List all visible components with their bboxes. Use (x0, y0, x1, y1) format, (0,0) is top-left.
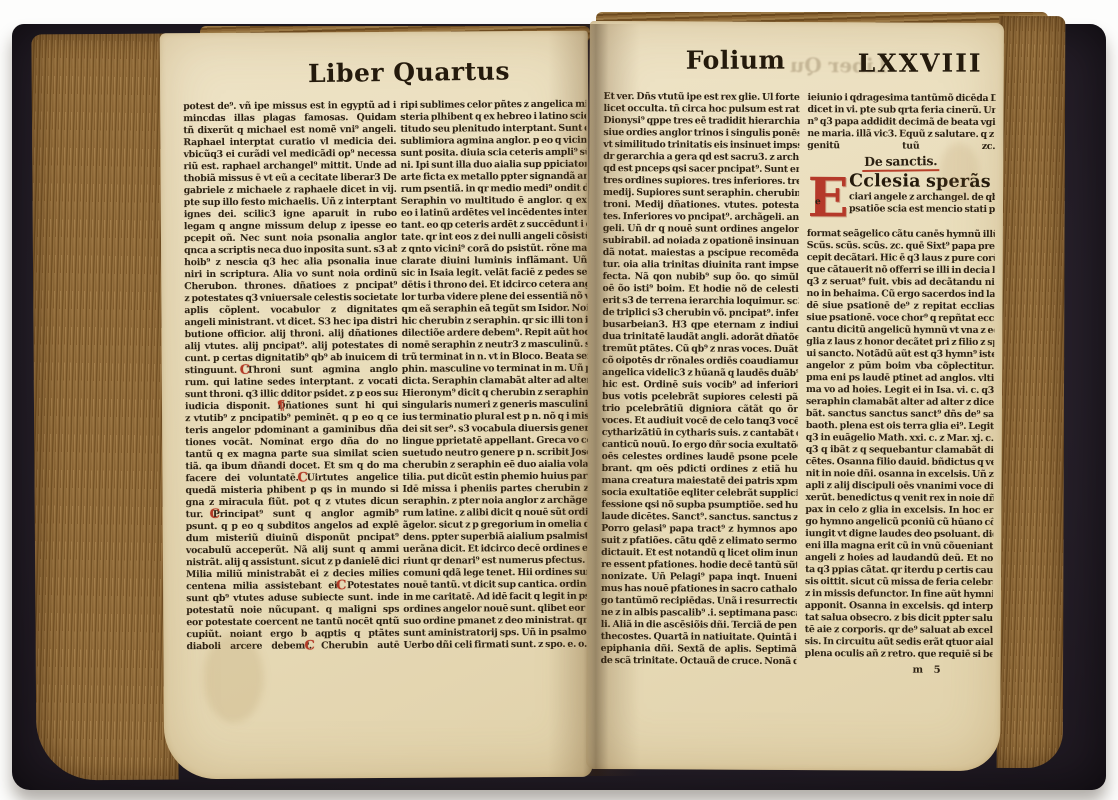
text-line: seraphin clamabãt alter ad alter z dice (806, 396, 994, 409)
text-line: trio pcelebrãtiũ digniora cãtãt qo õr (602, 403, 798, 416)
text-line: ius terminatio plural est p n. nõ q i mi… (402, 411, 588, 424)
text-line: rum psentiã. in qr medio medi⁹ ondit de⁹… (401, 183, 587, 196)
text-line: de triplici s3 cherubin võ. pncipat⁹. in… (602, 307, 798, 320)
fore-edge-right-stack (997, 16, 1066, 768)
text-line: vt similitudo trinitatis eis insinuet im… (603, 139, 799, 152)
right-page-column-1: Et ver. Dñs vtutũ ipe est rex glie. Ul f… (601, 91, 800, 670)
text-line: angelica videlic3 z hūanã q laudēs duãb⁹ (602, 367, 798, 380)
text-line: cepit decãtari. Hic ē q3 laus z pure cor… (807, 252, 995, 265)
text-line: erit s3 de terrena ierarchia loquimur. s… (602, 295, 798, 308)
text-line: epiphania dñi. Sextã de aplis. Septimã (601, 643, 797, 656)
text-line: q3 z seruat⁹ fuit. vbis ad decãtandu ni (807, 276, 995, 289)
text-line: glia z laus z honor decãtet pri z filio … (806, 336, 994, 349)
text-line: xerũt. benedictus q venit rex in noie dñ… (805, 492, 993, 505)
text-line: oē õo isti⁹ boim. Et hodie nõ de celesti (603, 283, 799, 296)
text-line: angelor z pūm boim vba cõplectitur. (806, 360, 994, 373)
text-line: z qnto vicini⁹ corã do psistũt. rõne ma (401, 243, 587, 256)
text-line: oēs celestes ordines laudē psone pcele (602, 451, 798, 464)
text-line: dilectiõe ardere debem⁹. Repit aũt hoc (402, 327, 588, 340)
text-line: dictauit. Et est notandũ q licet olim in… (601, 547, 797, 560)
text-line: dicta. Seraphin clamabãt alter ad alter (402, 375, 588, 388)
text-line: baoth. plena est ois terra glia ei⁹. Leg… (806, 420, 994, 433)
text-line: cētes. Osanna filio dauid. bñdictus q ve (806, 456, 994, 469)
text-line: re essent pfationes. hodie decē tantũ sũ… (601, 559, 797, 572)
text-line: eo i latinũ ardētes vel incēdentes inter… (401, 207, 587, 220)
text-line: uerãna dicit. Et idcirco decē ordines es… (403, 543, 589, 556)
rubric-mark: C (304, 640, 314, 652)
text-line: riunt qr denari⁹ est numerus pfectus. z (403, 555, 589, 568)
text-line: voces. Et audiuit vocē de celo tanq3 voc… (602, 415, 798, 428)
text-line: cõ oipotēs dr rõnales ordiēs coaudiamur (602, 355, 798, 368)
text-line: dētis i throno dei. Et idcirco cetera an… (401, 279, 587, 292)
text-line: que cãtauerit nõ offerri se illi in deci… (807, 264, 995, 277)
text-line: tes. Inferiores vo pncipat⁹. archãgeli. … (603, 211, 799, 224)
text-line: canticũ nouũ. Io ergo dñr socia exultatõ… (602, 439, 798, 452)
text-line: tur. oia alia trinitas diuinita rant imp… (603, 259, 799, 272)
text-line: n⁹ q3 papa addidit decimã de beata vgi (807, 116, 995, 129)
rubric-mark: C (297, 472, 307, 484)
text-line: tat salua obsecro. z bis dicit ppter sal… (805, 612, 993, 625)
text-line: ma vo ad hoies. Legit ei in Isa. vi. c. … (806, 384, 994, 397)
text-line: dr gerarchia a gera qd est sacru3. z arc… (603, 151, 799, 164)
text-line: sis. In circuitu aũt sedis erãt qtuor ai… (805, 636, 993, 649)
text-line: seraphin. z pter noia anglor z archãgelo (403, 495, 589, 508)
text-line: bãt. sanctus sanctus sanct⁹ dñs de⁹ sa (806, 408, 994, 421)
text-line: sis oittit. sicut cũ missa de feria cele… (805, 576, 993, 589)
text-line: nomē seraphin z neutr3 z masculinũ. s3 n… (402, 339, 588, 352)
right-page: Folium Liber Qu LXXVIII Et ver. Dñs vtut… (586, 21, 1004, 771)
text-line: nouē tantũ. vt dicit sup cantica. ordina… (403, 579, 589, 592)
text-line: suit z pfatiões. cãtu qdē z elimato serm… (601, 535, 797, 548)
text-line: Porro gelasi⁹ papa tract⁹ z hymnos apo (601, 523, 797, 536)
text-line: dei sit ser⁹. s3 vocabula diuersis gener… (402, 423, 588, 436)
text-line: mus has nouē pfationes in sacro cathalo (601, 583, 797, 596)
text-line: qm eã seraphin eã tegũt sm Isidor. Noian… (401, 303, 587, 316)
text-line: sunt aministratorij sps. Uñ in psalmo. (403, 627, 589, 640)
text-line: trũ terminat in n. vt in Bloco. Beata se… (402, 351, 588, 364)
text-line: ciari angele z archangel. de qb⁹ i (849, 191, 995, 204)
text-line: Hieronym⁹ dicit q cherubin z seraphin sũ… (402, 387, 588, 400)
text-line: sic in Isaia legit. velãt faciē z pedes … (401, 267, 587, 280)
text-line: tremũt ptãtes. Cũ qb⁹ z nras voces. Duãt (602, 343, 798, 356)
text-line: suetudo neutro genere p n. scribit Josep… (402, 447, 588, 460)
text-line: lingue pprietatē appellant. Greca vo cõ (402, 435, 588, 448)
text-line: brant. qm oēs pdicti ordines z etiã hu (602, 463, 798, 476)
text-line: socia exultatiõe eqliter celebrãt suppli… (601, 487, 797, 500)
text-line: subirabil. ad noiada z opationē insinuan (603, 235, 799, 248)
folio-number: LXXVIII (858, 51, 983, 77)
text-line: angeli z hoies ad laudandũ deũ. Et no (805, 552, 993, 565)
text-line: medij. Supiores sunt seraphin. cherubin. (603, 187, 799, 200)
initial-guide-letter: e (815, 198, 821, 207)
text-line: fessione qsi nõ supba psumptiõe. sed hum… (601, 499, 797, 512)
text-line: qd est pnceps qsi sacer pncipat⁹. Sunt e… (603, 163, 799, 176)
running-title-right: Folium (686, 48, 786, 74)
text-line: ieiunio i qdragesima tantũmõ dicēda De (808, 92, 996, 105)
text-line: tilia. put dicũt estin phemio huius parr… (402, 471, 588, 484)
text-line: licet occulta. tñ circa hoc pulsum est r… (603, 103, 799, 116)
text-line: de scã trinitate. Octauã de cruce. Nonã … (601, 655, 797, 668)
text-line: mana creatura maiestatē dei patris xpm (602, 475, 798, 488)
text-line: q3 in euãgelio Math. xxi. c. z Mar. xj. … (806, 432, 994, 445)
text-line: genitũ tuũ zc. (807, 140, 995, 153)
text-line: siue psationē. voce chor⁹ q repñtat eccl… (806, 312, 994, 325)
initial-block: E e Cclesia sperãs so ciari angele z arc… (807, 172, 995, 229)
text-line: hic cherubin z seraphin. qr sic illi ton… (401, 315, 587, 328)
text-line: iungit vt digne laudes deo psoluant. die… (805, 528, 993, 541)
text-line: dã notat. maiestas a pscipue recomēda (603, 247, 799, 260)
text-line: Dionysi⁹ qppe tres eē tradidit hierarchi… (603, 115, 799, 128)
text-line: no in behaima. Cũ ergo sacerdos ind lau (807, 288, 995, 301)
text-line: arte ficta ex metallo ppter signandã ang… (401, 171, 587, 184)
text-line: lor turba videre plene dei essentiã nõ v… (401, 291, 587, 304)
text-line: in me caritatē. Ad idē facit q legit in … (403, 591, 589, 604)
drop-cap-initial: E (807, 172, 849, 228)
running-title-left: Liber Quartus (308, 58, 510, 87)
text-line: tant. eo qp ceteris ardēt z succēdunt i … (401, 219, 587, 232)
text-line: li. Aliã in die ascēsiõis dñi. Terciã de… (601, 619, 797, 632)
text-line: tres ordines supiores. tres inferiores. … (603, 175, 799, 188)
text-line: dē siue psationē de⁹ z repitat ecclias (806, 300, 994, 313)
text-line: laude dicētes. Sanct⁹. sanctus. sanctus … (601, 511, 797, 524)
text-line: plena oculis añ z retro. que requiē si b… (805, 648, 993, 661)
text-line: ãgelor. sicut z p gregorium in omelia di… (403, 519, 589, 532)
text-line: ne z in albis pascalib⁹ .i. septimana pa… (601, 607, 797, 620)
text-line: format seãgelico cãtu canēs hymnũ illũ (807, 228, 995, 241)
text-line: psatiõe scia est mencio stati p⁹ illa3 (849, 203, 995, 216)
column-2-body: format seãgelico cãtu canēs hymnũ illũSc… (805, 228, 995, 661)
text-line: singularis numeri z generis masculini. c… (402, 399, 588, 412)
signature-mark: m 5 (913, 665, 945, 677)
rubric-mark: C (210, 509, 220, 521)
text-line: hic est. Ordinē suis vocib⁹ ad inferiori (602, 379, 798, 392)
text-line: pma eni ps laudē ptinet ad anglos. vlti (806, 372, 994, 385)
text-line: Scũs. scũs. scũs. zc. quē Sixt⁹ papa pre (807, 240, 995, 253)
text-line: cherubin z seraphin eē duo aialia vola (402, 459, 588, 472)
text-line: pax in celo z glia in excelsis. In hoc e… (805, 504, 993, 517)
text-line: phin. masculine vo terminat in m. Uñ p (402, 363, 588, 376)
text-line: Uerbo dñi celi firmati sunt. z spo. e. o… (403, 639, 589, 652)
text-line: diaboli arcere debem⁹. Cherubin autē (186, 640, 399, 653)
text-line: busarbeian3. H3 qpe eternam z indiui (602, 319, 798, 332)
left-page-column-1: C ¶ C C C C potest de⁹. vñ ipe missus es… (183, 100, 399, 657)
text-line: rum latine. z alibi dicit q nouē sũt ord… (403, 507, 589, 520)
text-line: Et ver. Dñs vtutũ ipe est rex glie. Ul f… (604, 91, 800, 104)
rubric-mark: C (336, 580, 346, 592)
text-line: cantu dicitũ angelicũ hymnũ vt vna z eq (806, 324, 994, 337)
text-line: thecostes. Quartã in natiuitate. Quintã … (601, 631, 797, 644)
left-page-column-2: ripi sublimes celor pñtes z angelica min… (400, 99, 589, 656)
text-line: z in missis defunctor. In fine aũt hymni (805, 588, 993, 601)
text-line: go tantũmõ recipiēdas. Unã i resurrectio (601, 595, 797, 608)
rubric-mark: C (240, 365, 250, 377)
text-line: siue ordies anglor trinos i singulis pon… (603, 127, 799, 140)
text-line: Idē missa i pheniis partes cherubin z (402, 483, 588, 496)
text-line: cytharizãtiũ in cytharis suis. z cantabã… (602, 427, 798, 440)
left-page: Liber Quartus C ¶ C C C C potest de⁹. vñ… (160, 31, 593, 780)
text-line: nit in noie dñi. osanna in excelsis. Uñ … (806, 468, 994, 481)
section-heading-text: De sanctis. (863, 154, 940, 172)
text-line: q3 q ibãt z q sequebantur clamabãt di (806, 444, 994, 457)
text-line: dicet in vi. pte sub qrta feria cinerũ. … (807, 104, 995, 117)
text-line: comuni qdã lege tenet. Hii ordines sunt (403, 567, 589, 580)
text-line: ordines angelor nouē sunt. qlibet eor in (403, 603, 589, 616)
text-line: apponit. Osanna in excelsis. qd interp (805, 600, 993, 613)
text-line: go hymno angelicũ pconiũ cũ hūano cõ (805, 516, 993, 529)
text-line: geli. Uñ dr q nouē sunt ordines angelor (603, 223, 799, 236)
rubric-mark: ¶ (277, 401, 285, 413)
text-line: apli z alij discipuli oēs vnanimi voce d… (805, 480, 993, 493)
text-line: troni. Medij dñationes. vtutes. potesta (603, 199, 799, 212)
text-line: dua trinitatē laudãt angli. adorãt dñatõ… (602, 331, 798, 344)
right-page-column-2: ieiunio i qdragesima tantũmõ dicēda Dedi… (805, 92, 996, 683)
text-line: eni illa magna erit cũ in vnũ cõueniant (805, 540, 993, 553)
text-line: ui sancto. Notãdũ aũt est q3 hymn⁹ iste … (806, 348, 994, 361)
column-2-intro: ieiunio i qdragesima tantũmõ dicēda Dedi… (807, 92, 995, 153)
book-photo: Liber Quartus C ¶ C C C C potest de⁹. vñ… (0, 0, 1118, 800)
text-line: tē aie z corporis. qr de⁹ saluat ab exce… (805, 624, 993, 637)
text-line: tate. qr int eos z dei nulli angeli cõsi… (401, 231, 587, 244)
text-line: fecta. Nã qon nubib⁹ sup õo. qo simũl (603, 271, 799, 284)
text-line: nonizate. Uñ Pelagi⁹ papa inqt. Inueni (601, 571, 797, 584)
text-line: Seraphin vo multitudo ē anglor. q ex (401, 195, 587, 208)
text-line: suo ordine pmanet z deo ministrat. qr oē… (403, 615, 589, 628)
fore-edge-left-stack (31, 34, 178, 781)
text-line: ta q3 ppias cãtat. qr iterdu p certis ca… (805, 564, 993, 577)
opening-line: Cclesia sperãs so (849, 172, 995, 192)
text-line: dens. ppter superbiã aialium psalmista (403, 531, 589, 544)
text-line: bus votis pcelebrãt supiores celesti pã (602, 391, 798, 404)
text-line: ne maria. illã vic3. Equũ z salutare. q … (807, 128, 995, 141)
text-line: clarate diuini luminis inflãmant. Uñ (401, 255, 587, 268)
